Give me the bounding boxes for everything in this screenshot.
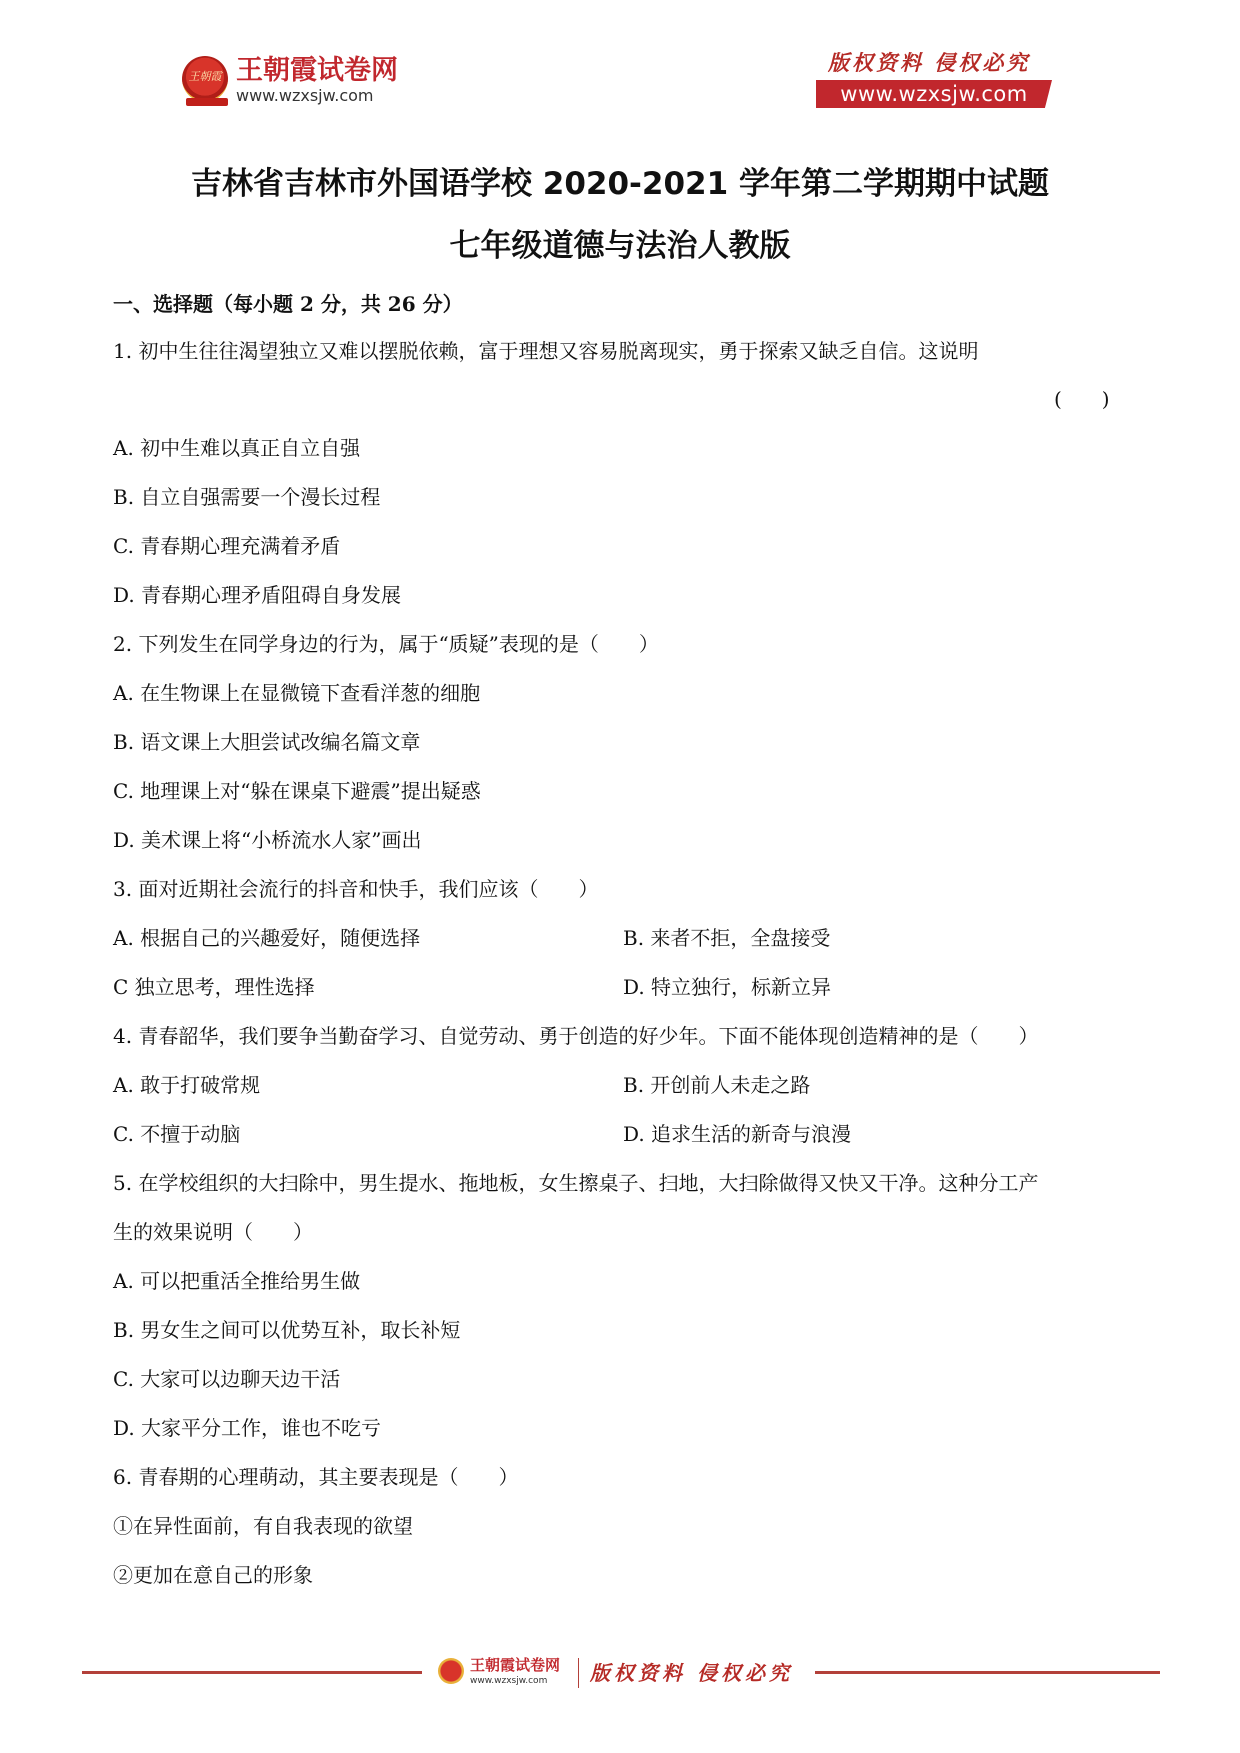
- section-heading: 一、选择题（每小题 2 分，共 26 分）: [113, 290, 463, 318]
- footer-rule-right: [815, 1671, 1160, 1674]
- question-3-option-a: A. 根据自己的兴趣爱好，随便选择: [113, 924, 420, 952]
- question-1-stem: 1. 初中生往往渴望独立又难以摆脱依赖，富于理想又容易脱离现实，勇于探索又缺乏自…: [113, 337, 978, 365]
- document-subtitle: 七年级道德与法治人教版: [0, 226, 1240, 266]
- logo-name: 王朝霞试卷网: [236, 56, 398, 86]
- logo-url: www.wzxsjw.com: [236, 87, 373, 105]
- footer-separator: [578, 1658, 579, 1688]
- question-5-option-c: C. 大家可以边聊天边干活: [113, 1365, 340, 1393]
- question-6-item-2: ②更加在意自己的形象: [113, 1561, 313, 1589]
- footer-logo-url: www.wzxsjw.com: [470, 1676, 547, 1687]
- question-5-option-d: D. 大家平分工作，谁也不吃亏: [113, 1414, 381, 1442]
- footer-emblem-icon: [438, 1658, 464, 1684]
- emblem-text: 王朝霞: [182, 68, 228, 84]
- question-2-option-c: C. 地理课上对“躲在课桌下避震”提出疑惑: [113, 777, 481, 805]
- question-1-answer-blank: ( ): [1054, 385, 1110, 413]
- url-banner: www.wzxsjw.com: [816, 80, 1052, 108]
- question-4-option-d: D. 追求生活的新奇与浪漫: [623, 1120, 851, 1148]
- question-1-option-d: D. 青春期心理矛盾阻碍自身发展: [113, 581, 401, 609]
- question-2-option-d: D. 美术课上将“小桥流水人家”画出: [113, 826, 422, 854]
- question-1-option-c: C. 青春期心理充满着矛盾: [113, 532, 340, 560]
- footer-logo-name: 王朝霞试卷网: [470, 1656, 560, 1674]
- question-5-stem-continued: 生的效果说明（ ）: [113, 1218, 313, 1246]
- question-3-option-b: B. 来者不拒，全盘接受: [623, 924, 830, 952]
- site-logo: 王朝霞 王朝霞试卷网 www.wzxsjw.com: [182, 54, 402, 112]
- question-3-stem: 3. 面对近期社会流行的抖音和快手，我们应该（ ）: [113, 875, 598, 903]
- copyright-notice: 版权资料 侵权必究: [828, 50, 1030, 76]
- question-6-item-1: ①在异性面前，有自我表现的欲望: [113, 1512, 413, 1540]
- footer-copyright: 版权资料 侵权必究: [590, 1658, 793, 1688]
- question-4-stem: 4. 青春韶华，我们要争当勤奋学习、自觉劳动、勇于创造的好少年。下面不能体现创造…: [113, 1022, 1038, 1050]
- question-6-stem: 6. 青春期的心理萌动，其主要表现是（ ）: [113, 1463, 518, 1491]
- footer-rule-left: [82, 1671, 422, 1674]
- emblem-ribbon: [186, 98, 228, 106]
- question-4-option-a: A. 敢于打破常规: [113, 1071, 260, 1099]
- banner-url: www.wzxsjw.com: [816, 80, 1052, 108]
- question-3-option-d: D. 特立独行，标新立异: [623, 973, 831, 1001]
- question-3-option-c: C 独立思考，理性选择: [113, 973, 315, 1001]
- question-2-option-b: B. 语文课上大胆尝试改编名篇文章: [113, 728, 420, 756]
- question-5-option-b: B. 男女生之间可以优势互补，取长补短: [113, 1316, 460, 1344]
- question-2-option-a: A. 在生物课上在显微镜下查看洋葱的细胞: [113, 679, 480, 707]
- question-1-option-b: B. 自立自强需要一个漫长过程: [113, 483, 380, 511]
- question-2-stem: 2. 下列发生在同学身边的行为，属于“质疑”表现的是（ ）: [113, 630, 659, 658]
- question-4-option-c: C. 不擅于动脑: [113, 1120, 240, 1148]
- question-5-option-a: A. 可以把重活全推给男生做: [113, 1267, 360, 1295]
- question-1-option-a: A. 初中生难以真正自立自强: [113, 434, 360, 462]
- document-title: 吉林省吉林市外国语学校 2020-2021 学年第二学期期中试题: [0, 164, 1240, 204]
- footer-logo: 王朝霞试卷网 www.wzxsjw.com: [438, 1656, 578, 1690]
- copyright-banner: 版权资料 侵权必究 www.wzxsjw.com: [816, 48, 1056, 110]
- question-5-stem: 5. 在学校组织的大扫除中，男生提水、拖地板，女生擦桌子、扫地，大扫除做得又快又…: [113, 1169, 1038, 1197]
- question-4-option-b: B. 开创前人未走之路: [623, 1071, 810, 1099]
